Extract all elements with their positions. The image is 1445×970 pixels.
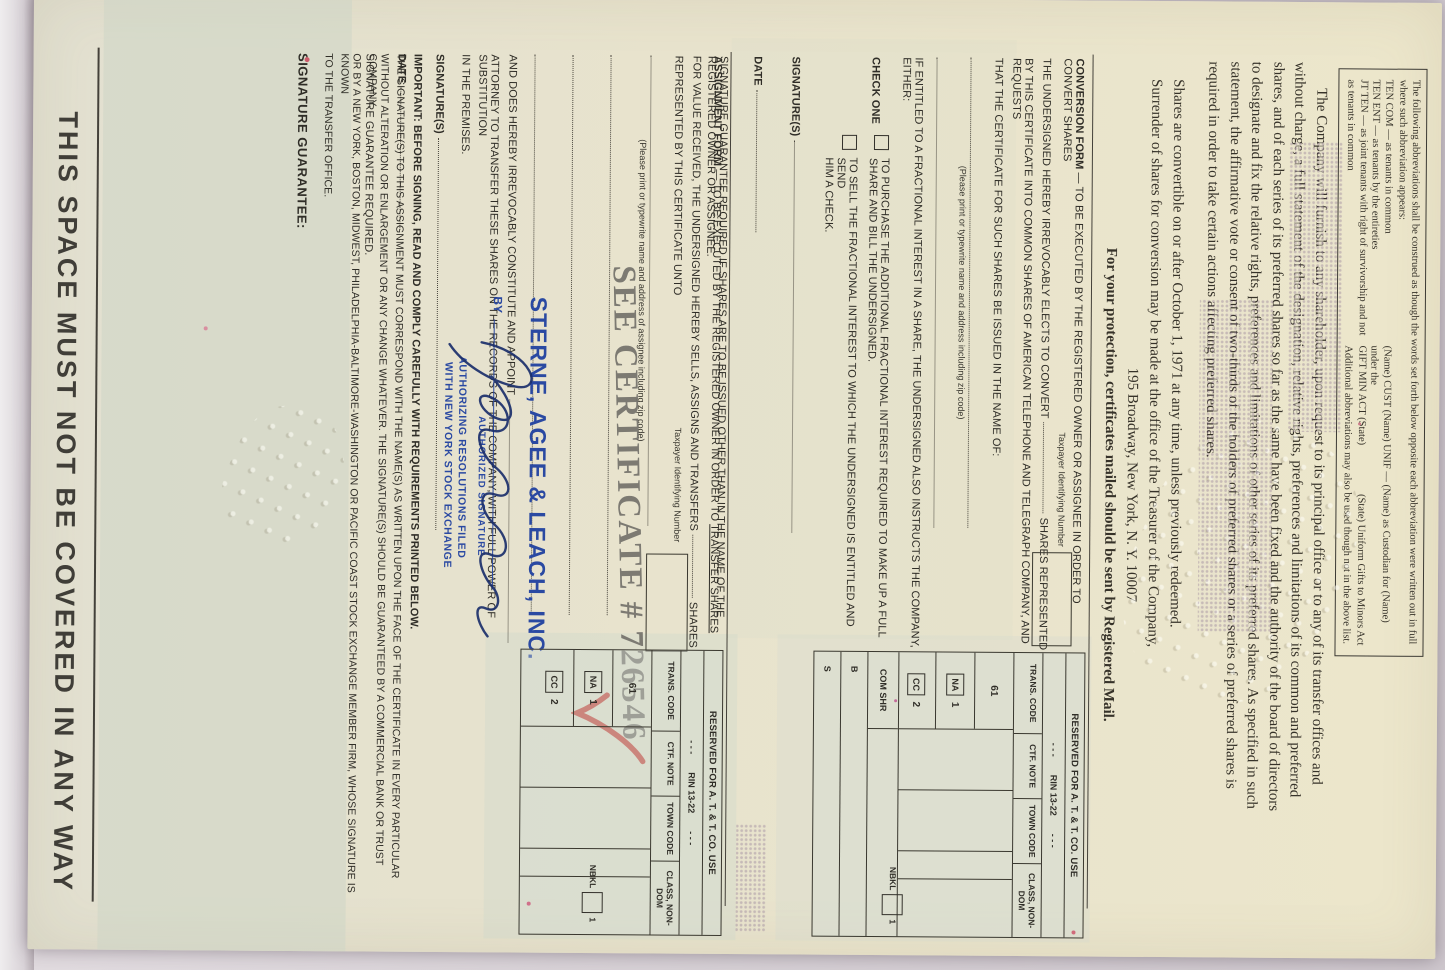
purchase-option-checkbox [874, 135, 889, 150]
att-reserved-table-conversion: RESERVED FOR A. T. & T. CO. USE - - - RI… [811, 651, 1085, 939]
conversion-taxpayer-box [1032, 552, 1073, 646]
name-entry-line [967, 58, 984, 528]
abbrev-def-ten-com: TEN COM — as tenants in common [1380, 80, 1394, 346]
conversion-line3: THAT THE CERTIFICATE FOR SUCH SHARES BE … [988, 58, 1004, 650]
rin-dashes: - - - [687, 740, 697, 754]
sell-option-checkbox [842, 135, 857, 150]
abbreviations-intro: The following abbreviations shall be con… [1393, 80, 1422, 646]
nbkl-checkbox [582, 892, 603, 913]
ink-speck [1071, 930, 1075, 934]
fractional-instruction: IF ENTITLED TO A FRACTIONAL INTEREST IN … [896, 57, 924, 649]
conversion-form-title-lead: CONVERSION FORM [1073, 58, 1086, 169]
cc-box: CC [545, 671, 563, 693]
elects-to-convert-text: THE UNDERSIGNED HEREBY IRREVOCABLY ELECT… [1038, 58, 1053, 418]
na-box: NA [584, 671, 602, 693]
att-reserved-table-assignment: RESERVED FOR A. T. & T. CO. USE - - - RI… [518, 649, 723, 936]
abbrev-def-ten-ent: TEN ENT — as tenants by the entireties [1368, 79, 1382, 345]
reserved-table-header: RESERVED FOR A. T. & T. CO. USE [1063, 653, 1084, 937]
dot-matrix-stamp [735, 824, 766, 932]
ink-speck [204, 326, 208, 330]
nbkl-value: 1 [588, 917, 598, 922]
scanned-certificate-back: The following abbreviations shall be con… [0, 0, 1445, 970]
rin-label: RIN 13-22 [1048, 775, 1058, 816]
shares-count-blank [1042, 423, 1044, 514]
assignment-form-title-mid: — TO BE EXECUTED BY THE REGISTERED OWNER… [708, 166, 722, 524]
for-value-received-text: FOR VALUE RECEIVED, THE UNDERSIGNED HERE… [687, 56, 702, 531]
nbkl-checkbox [882, 894, 903, 915]
dot-matrix-stamp [1287, 142, 1343, 432]
col-ctf-note: CTF. NOTE [1013, 734, 1041, 799]
ink-speck [894, 699, 897, 702]
footer-rule [92, 48, 100, 902]
assignee-entry-line [647, 55, 664, 525]
rin-label: RIN 13-22 [686, 772, 696, 813]
abbrev-def-jt-ten: JT TEN — as joint tenants with right of … [1343, 79, 1370, 345]
name-entry-caption: (Please print or typewrite name and addr… [955, 58, 968, 528]
conversion-signature-label: SIGNATURE(S) [789, 56, 802, 136]
sell-option-line1: TO SELL THE FRACTIONAL INTEREST TO WHICH… [831, 157, 858, 648]
trans-code-cc: CC2 [897, 652, 936, 728]
trans-code-na: NA1 [573, 650, 613, 726]
assignment-signature-line [435, 138, 439, 530]
certificate-paper: The following abbreviations shall be con… [27, 0, 1442, 959]
col-trans-code: TRANS. CODE [652, 651, 681, 732]
conversion-line2: BY THIS CERTIFICATE INTO COMMON SHARES O… [1006, 58, 1034, 650]
broker-by-label: BY [491, 296, 505, 313]
assignment-form-title-underlined: TRANSFER SHARES [708, 524, 721, 633]
reserved-table-header: RESERVED FOR A. T. & T. CO. USE [701, 651, 722, 935]
important-line: THE SIGNATURE(S) TO THIS ASSIGNMENT MUST… [389, 54, 407, 906]
conversion-signature-line [791, 140, 795, 532]
assignment-taxpayer-box [645, 553, 688, 651]
na-box: NA [946, 674, 964, 696]
assignment-form-title-lead: ASSIGNMENT FORM [711, 56, 724, 166]
conversion-date-label: DATE [751, 56, 763, 86]
nbkl-value: 1 [888, 919, 898, 924]
conversion-taxpayer-label: Taxpayer Identifying Number [1056, 432, 1067, 547]
handwritten-signature [442, 314, 554, 645]
check-one-label: CHECK ONE [823, 57, 892, 135]
col-town-code: TOWN CODE [651, 797, 679, 862]
assignment-signature-label: SIGNATURE(S) [433, 54, 446, 134]
nbkl-group: NBKL 1 [528, 864, 658, 922]
shares-word: SHARES [686, 602, 698, 648]
nbkl-group: NBKL 1 [836, 866, 950, 924]
ink-speck [527, 902, 531, 906]
col-town-code: TOWN CODE [1013, 799, 1041, 864]
rin-dashes: - - - [1048, 834, 1058, 848]
rin-dashes: - - - [1049, 743, 1059, 757]
assignee-entry-line [569, 55, 587, 615]
trans-code-61: 61 [612, 650, 652, 726]
section-divider [1087, 55, 1094, 909]
ink-speck [1358, 422, 1361, 425]
trans-code-na: NA1 [935, 652, 975, 728]
col-class-nondom: CLASS, NON-DOM [1012, 864, 1041, 937]
ink-speck [305, 57, 310, 62]
trans-code-61: 61 [974, 653, 1014, 729]
col-ctf-note: CTF. NOTE [651, 732, 679, 797]
rin-dashes: - - - [686, 831, 696, 845]
nbkl-label: NBKL [888, 867, 898, 891]
cc-box: CC [907, 674, 925, 696]
abbrev-cust-line2a: GIFT MIN ACT (State) [1354, 345, 1367, 445]
conversion-form: CONVERSION FORM — TO BE EXECUTED BY THE … [701, 56, 1085, 651]
name-entry-line [933, 57, 950, 527]
trans-code-cc: CC2 [535, 650, 574, 726]
transfer-shares-blank [692, 535, 693, 598]
abbrev-cust-line1: (Name) CUST (Name) UNIF — (Name) as Cust… [1366, 346, 1393, 646]
col-trans-code: TRANS. CODE [1014, 653, 1043, 734]
this-space-warning: THIS SPACE MUST NOT BE COVERED IN ANY WA… [47, 111, 83, 893]
conversion-date-line [755, 90, 757, 232]
nbkl-label: NBKL [588, 865, 598, 889]
assignment-taxpayer-label: Taxpayer Identifying Number [672, 428, 683, 543]
dot-matrix-stamp [1198, 299, 1274, 632]
important-line: WITHOUT ALTERATION OR ENLARGEMENT OR ANY… [361, 53, 391, 905]
